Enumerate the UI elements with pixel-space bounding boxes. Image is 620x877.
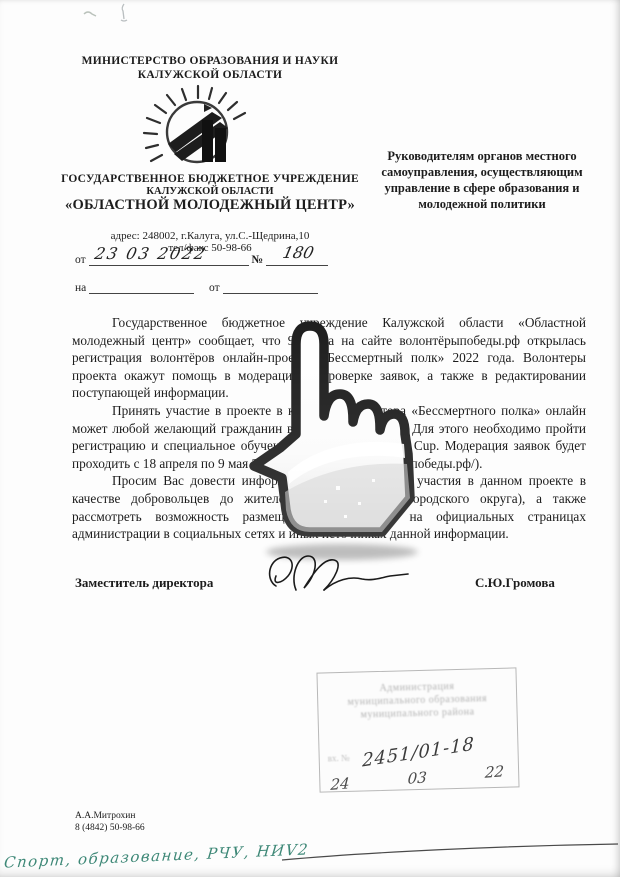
from-label: от bbox=[75, 254, 86, 266]
na-underline bbox=[89, 280, 194, 294]
executor-block: А.А.Митрохин 8 (4842) 50-98-66 bbox=[75, 810, 145, 834]
stamp-date-year: 22 bbox=[484, 762, 504, 782]
stamp-date-month: 03 bbox=[407, 768, 427, 788]
org-name-line1: ГОСУДАРСТВЕННОЕ БЮДЖЕТНОЕ УЧРЕЖДЕНИЕ bbox=[40, 173, 380, 185]
ot-label: от bbox=[209, 282, 220, 294]
number-label: № bbox=[251, 254, 263, 266]
executor-name: А.А.Митрохин bbox=[75, 810, 145, 822]
scanned-letter-page: МИНИСТЕРСТВО ОБРАЗОВАНИЯ И НАУКИ КАЛУЖСК… bbox=[0, 0, 620, 877]
pen-stroke bbox=[280, 838, 620, 864]
signer-title: Заместитель директора bbox=[75, 575, 213, 591]
reference-line: на от bbox=[75, 280, 375, 294]
ot-underline bbox=[223, 280, 318, 294]
stamp-date: 24 03 22 bbox=[330, 762, 505, 794]
handwritten-number: 180 bbox=[281, 243, 316, 262]
stamp-date-day: 24 bbox=[330, 774, 350, 794]
ministry-header: МИНИСТЕРСТВО ОБРАЗОВАНИЯ И НАУКИ КАЛУЖСК… bbox=[55, 54, 365, 82]
addressee-block: Руководителям органов местного самоуправ… bbox=[368, 148, 596, 212]
organization-logo bbox=[138, 84, 260, 176]
handwritten-date: 23 03 2022 bbox=[93, 244, 209, 263]
hand-pointer-cursor bbox=[240, 316, 445, 566]
stamp-text: Администрация муниципального образования… bbox=[318, 678, 517, 722]
ministry-line1: МИНИСТЕРСТВО ОБРАЗОВАНИЯ И НАУКИ bbox=[55, 54, 365, 68]
executor-phone: 8 (4842) 50-98-66 bbox=[75, 822, 145, 834]
pencil-marks bbox=[80, 0, 150, 26]
na-label: на bbox=[75, 282, 86, 294]
org-address: адрес: 248002, г.Калуга, ул.С.-Щедрина,1… bbox=[40, 230, 380, 242]
stamp-vx-label: вх. № bbox=[328, 753, 350, 764]
org-name-line3: «ОБЛАСТНОЙ МОЛОДЕЖНЫЙ ЦЕНТР» bbox=[40, 197, 380, 214]
incoming-stamp: Администрация муниципального образования… bbox=[316, 667, 519, 792]
handwritten-routing-note: Спорт, образование, РЧУ, НИV2 bbox=[3, 840, 310, 871]
signer-name: С.Ю.Громова bbox=[475, 575, 555, 591]
org-name-line2: КАЛУЖСКОЙ ОБЛАСТИ bbox=[40, 186, 380, 197]
ministry-line2: КАЛУЖСКОЙ ОБЛАСТИ bbox=[55, 68, 365, 82]
